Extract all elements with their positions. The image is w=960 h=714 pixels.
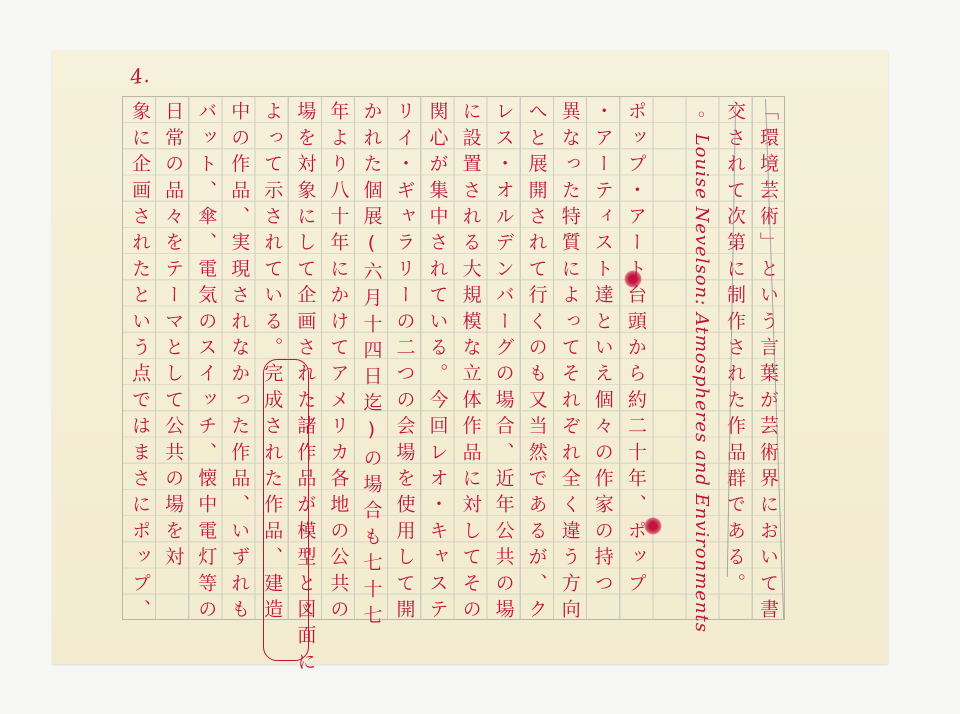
column-5: ポップ・アート台頭から約二十年、ポップ xyxy=(619,97,652,619)
column-15: 場を対象にして企画された諸作品が模型と図面に xyxy=(288,97,321,619)
page-number: 4. xyxy=(128,63,150,89)
column-10: に設置される大規模な立体作品に対してその xyxy=(454,97,487,619)
column-13: かれた個展(六月十四日迄)の場合も七十七 xyxy=(354,97,387,619)
ink-scribble xyxy=(624,270,642,288)
column-20: 象に企画されたという点ではまさにポップ、 xyxy=(123,97,156,619)
column-12: リイ・ギャラリーの二つの会場を使用して開 xyxy=(387,97,420,619)
column-19: 日常の品々をテーマとして公共の場を対 xyxy=(156,97,189,619)
text-columns: 「環境芸術」という言葉が芸術界において書 交されて次第に制作された作品群である。… xyxy=(123,97,784,619)
manuscript-page: 4. 「環境芸術」という言葉が芸術界において書 交されて次第に制作された作品群で… xyxy=(52,50,888,664)
column-17: 中の作品、実現されなかった作品、いずれも xyxy=(222,97,255,619)
column-6: ・アーティスト達といえ個々の作家の持つ xyxy=(586,97,619,619)
column-7: 異なった特質によってそれぞれ全く違う方向 xyxy=(553,97,586,619)
ink-scribble xyxy=(644,517,662,535)
column-16: よって示されている。完成された作品、建造 xyxy=(255,97,288,619)
column-4 xyxy=(652,97,685,619)
manuscript-grid: 「環境芸術」という言葉が芸術界において書 交されて次第に制作された作品群である。… xyxy=(122,96,785,620)
column-9: レス・オルデンバーグの場合、近年公共の場 xyxy=(487,97,520,619)
column-14: 年より八十年にかけてアメリカ各地の公共の xyxy=(321,97,354,619)
column-18: バット、傘、電気のスイッチ、懐中電灯等の xyxy=(189,97,222,619)
column-3-title: ◦ Louise Nevelson: Atmospheres and Envir… xyxy=(685,97,718,619)
column-11: 関心が集中されている。今回レオ・キャステ xyxy=(420,97,453,619)
column-8: へと展開されて行くのも又当然であるが、ク xyxy=(520,97,553,619)
